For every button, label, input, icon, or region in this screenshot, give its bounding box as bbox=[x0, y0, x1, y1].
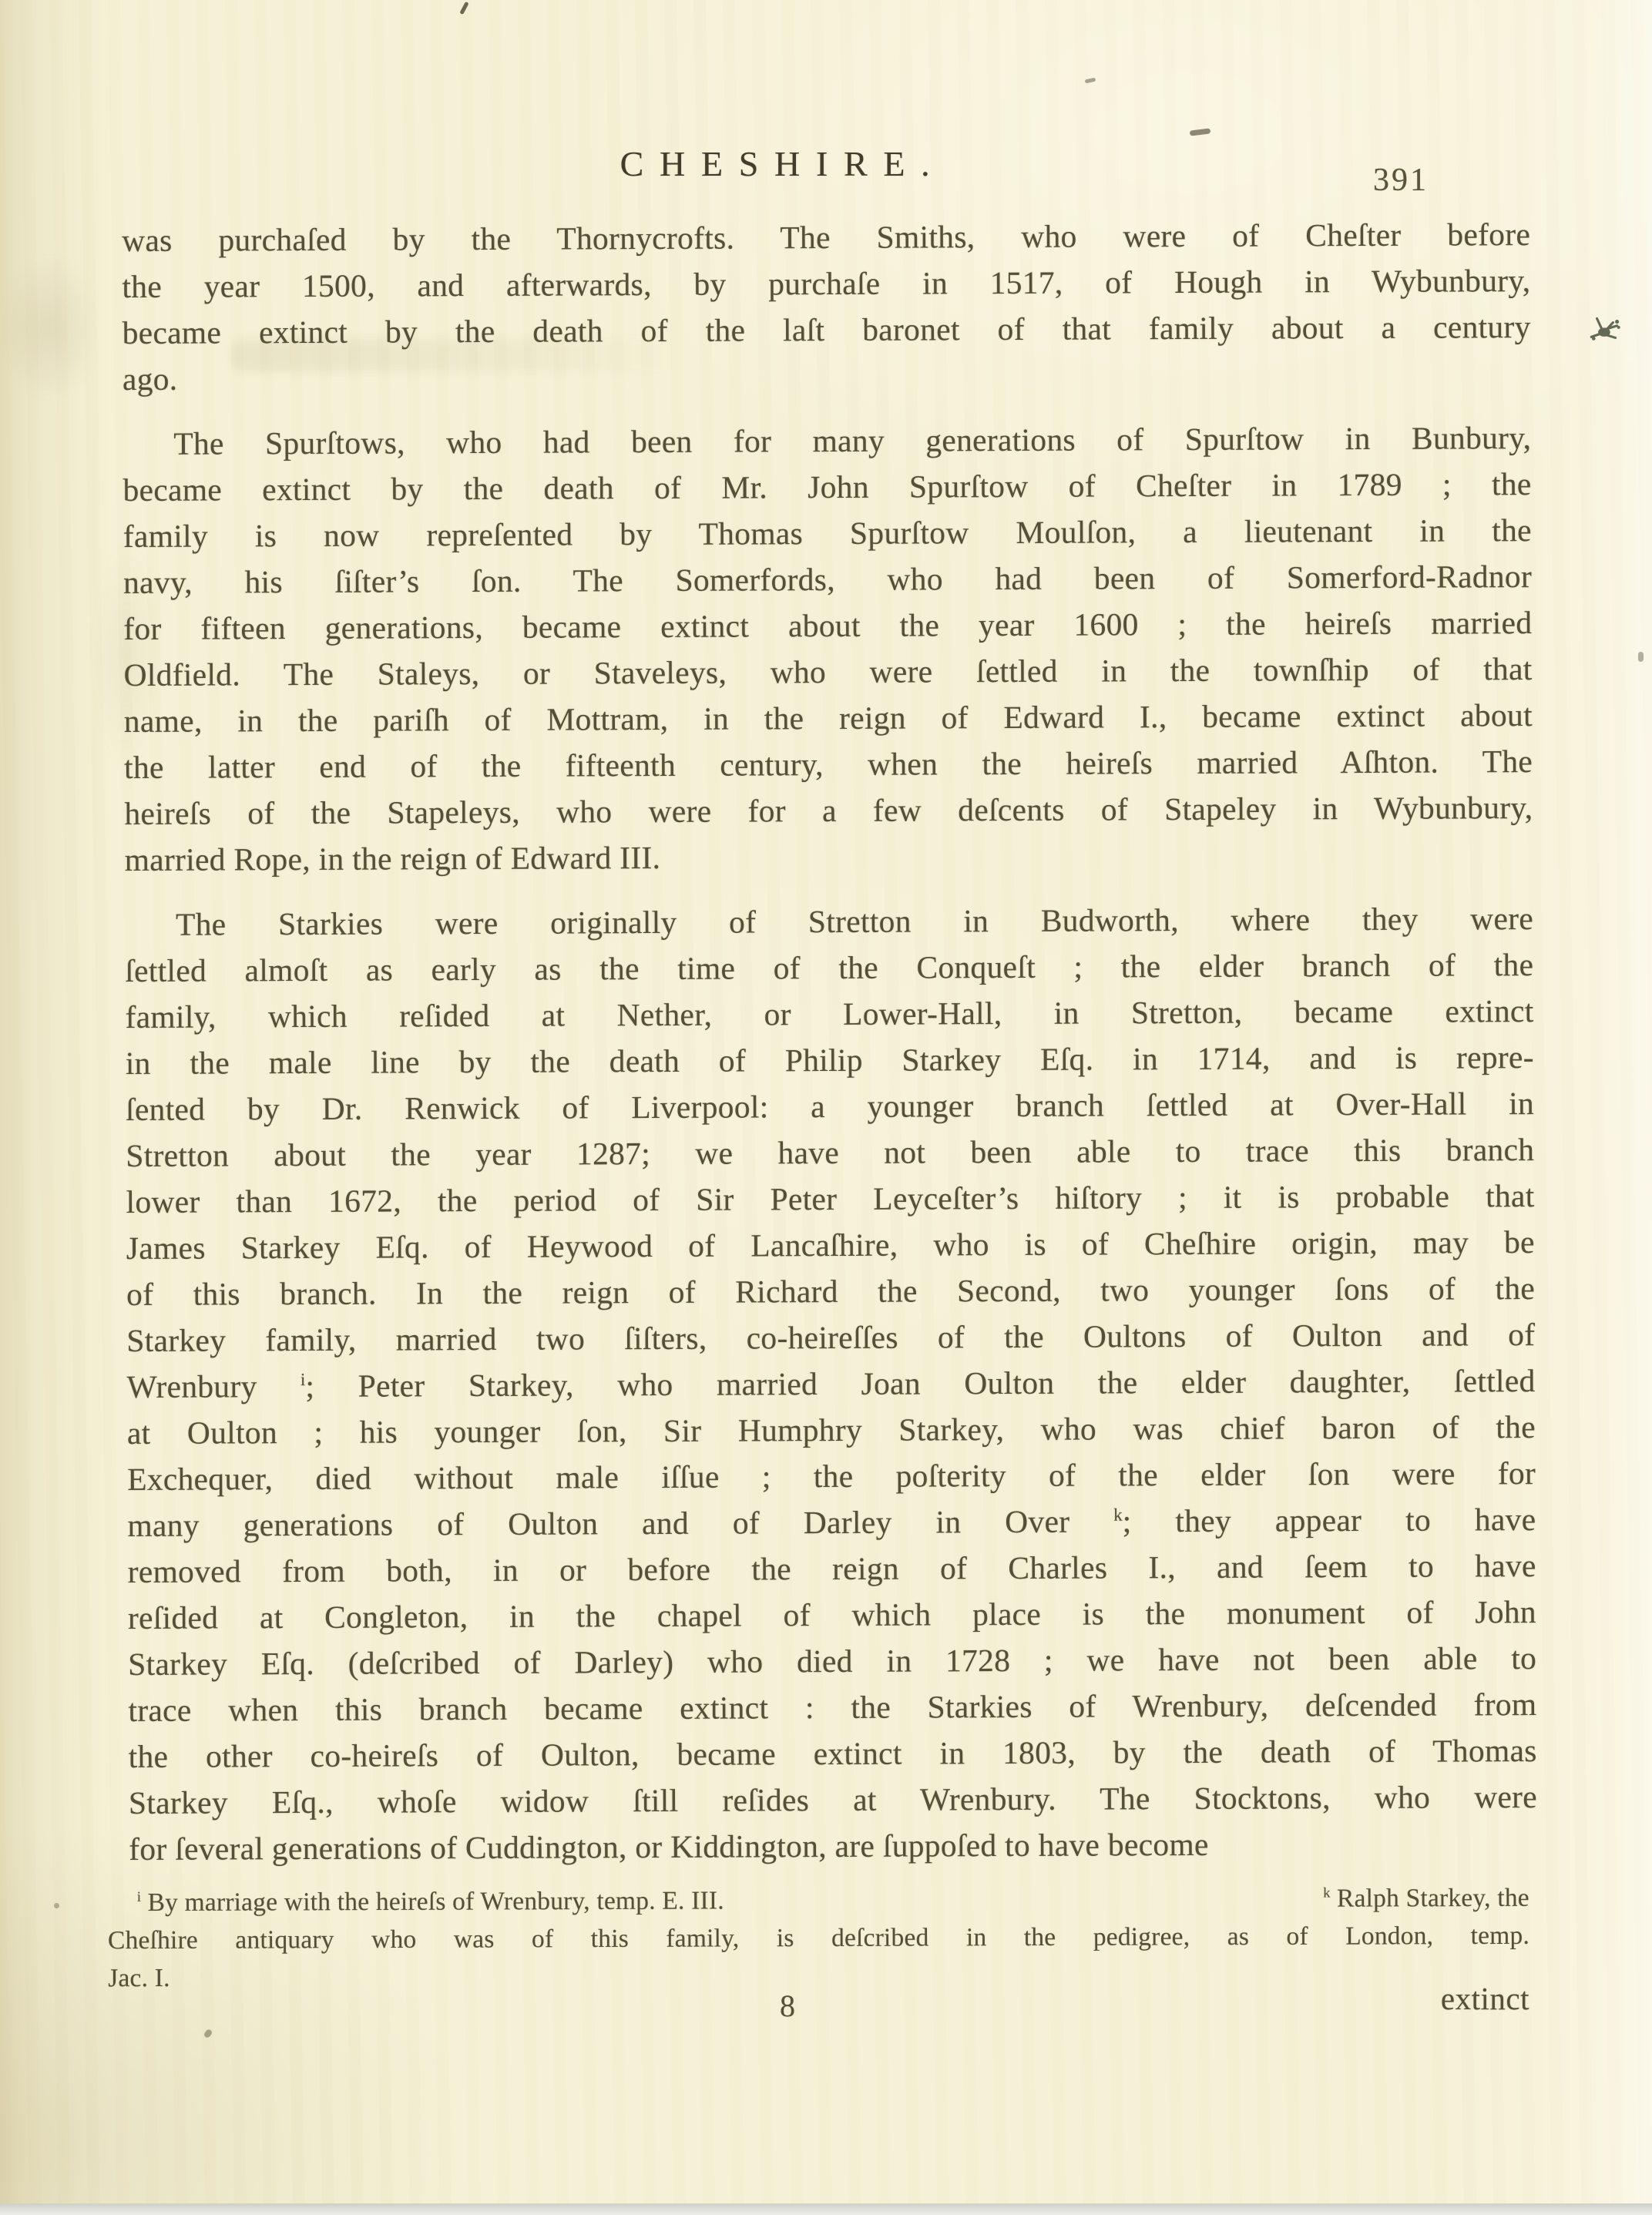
scanned-book-page: CHESHIRE. 391 was purchaſed by the Thorn… bbox=[0, 0, 1652, 2215]
text-line: for fifteen generations, became extinct … bbox=[123, 599, 1532, 652]
text-line: of this branch. In the reign of Richard … bbox=[126, 1265, 1535, 1317]
catchword: extinct bbox=[1298, 1980, 1529, 2017]
text-line: name, in the pariſh of Mottram, in the r… bbox=[124, 692, 1533, 744]
text-line: removed from both, in or before the reig… bbox=[128, 1542, 1536, 1595]
paragraph: The Spurſtows, who had been for many gen… bbox=[123, 414, 1533, 883]
ink-blot bbox=[1587, 313, 1624, 347]
footnote-marker: i bbox=[301, 1370, 305, 1389]
text-line: The Spurſtows, who had been for many gen… bbox=[123, 414, 1531, 467]
footnote-i: i By marriage with the heireſs of Wrenbu… bbox=[137, 1881, 724, 1921]
text-line: reſided at Congleton, in the chapel of w… bbox=[128, 1589, 1536, 1641]
stray-ink-mark bbox=[459, 2, 468, 15]
body-text: was purchaſed by the Thornycrofts. The S… bbox=[122, 211, 1537, 1891]
text-line: Exchequer, died without male iſſue ; the… bbox=[127, 1450, 1536, 1502]
stray-ink-mark bbox=[54, 1903, 59, 1908]
footnote-marker: i bbox=[137, 1889, 141, 1905]
footnote-line: Cheſhire antiquary who was of this famil… bbox=[108, 1917, 1529, 1959]
text-line: for ſeveral generations of Cuddington, o… bbox=[129, 1820, 1537, 1872]
text-line: ſettled almoſt as early as the time of t… bbox=[125, 941, 1533, 994]
text-line: trace when this branch became extinct : … bbox=[128, 1681, 1536, 1733]
text-line: navy, his ſiſter’s ſon. The Somerfords, … bbox=[123, 553, 1532, 606]
stray-ink-mark bbox=[1190, 128, 1211, 136]
text-line: was purchaſed by the Thornycrofts. The S… bbox=[122, 211, 1530, 263]
text-line: the year 1500, and afterwards, by purcha… bbox=[122, 257, 1530, 310]
text-line: Stretton about the year 1287; we have no… bbox=[126, 1126, 1534, 1179]
text-line: Starkey Eſq. (deſcribed of Darley) who d… bbox=[128, 1635, 1536, 1687]
text-line: in the male line by the death of Philip … bbox=[126, 1034, 1534, 1086]
text-line: lower than 1672, the period of Sir Peter… bbox=[126, 1173, 1534, 1225]
paragraph: was purchaſed by the Thornycrofts. The S… bbox=[122, 211, 1531, 402]
text-line: family is now repreſented by Thomas Spur… bbox=[123, 507, 1532, 559]
show-through-smudge bbox=[0, 254, 100, 401]
text-line: heireſs of the Stapeleys, who were for a… bbox=[124, 784, 1533, 837]
text-line: The Starkies were originally of Stretton… bbox=[125, 895, 1533, 948]
text-line: Starkey family, married two ſiſters, co-… bbox=[126, 1311, 1535, 1364]
scan-edge-strip bbox=[0, 2203, 1652, 2215]
text-line: many generations of Oulton and of Darley… bbox=[127, 1496, 1536, 1549]
stray-ink-mark bbox=[1638, 652, 1644, 662]
text-line: Starkey Eſq., whoſe widow ſtill reſides … bbox=[129, 1774, 1537, 1826]
text-line: married Rope, in the reign of Edward III… bbox=[125, 831, 1533, 883]
text-line: the other co-heireſs of Oulton, became e… bbox=[129, 1727, 1537, 1780]
text-line: Oldfield. The Staleys, or Staveleys, who… bbox=[123, 646, 1532, 698]
text-line: ago. bbox=[123, 350, 1531, 402]
footnote-marker: k bbox=[1323, 1885, 1330, 1901]
text-line: the latter end of the fifteenth century,… bbox=[124, 738, 1533, 790]
footnote-line: i By marriage with the heireſs of Wrenbu… bbox=[108, 1879, 1529, 1921]
paragraph: The Starkies were originally of Stretton… bbox=[125, 895, 1537, 1872]
text-line: ſented by Dr. Renwick of Liverpool: a yo… bbox=[126, 1080, 1534, 1133]
text-line: became extinct by the death of Mr. John … bbox=[123, 461, 1531, 513]
page-number: 391 bbox=[1373, 162, 1429, 199]
running-header: CHESHIRE. bbox=[0, 143, 1609, 184]
signature-mark: 8 bbox=[780, 1988, 795, 2024]
footnote-k: k Ralph Starkey, the bbox=[1323, 1879, 1529, 1918]
text-line: at Oulton ; his younger ſon, Sir Humphry… bbox=[127, 1404, 1536, 1456]
footnote-marker: k bbox=[1113, 1505, 1123, 1525]
stray-ink-mark bbox=[203, 2029, 213, 2039]
text-line: Wrenbury i; Peter Starkey, who married J… bbox=[126, 1358, 1535, 1410]
text-line: James Starkey Eſq. of Heywood of Lancaſh… bbox=[126, 1219, 1535, 1271]
text-line: became extinct by the death of the laſt … bbox=[123, 304, 1531, 356]
stray-ink-mark bbox=[1085, 78, 1096, 84]
text-line: family, which reſided at Nether, or Lowe… bbox=[125, 988, 1533, 1040]
